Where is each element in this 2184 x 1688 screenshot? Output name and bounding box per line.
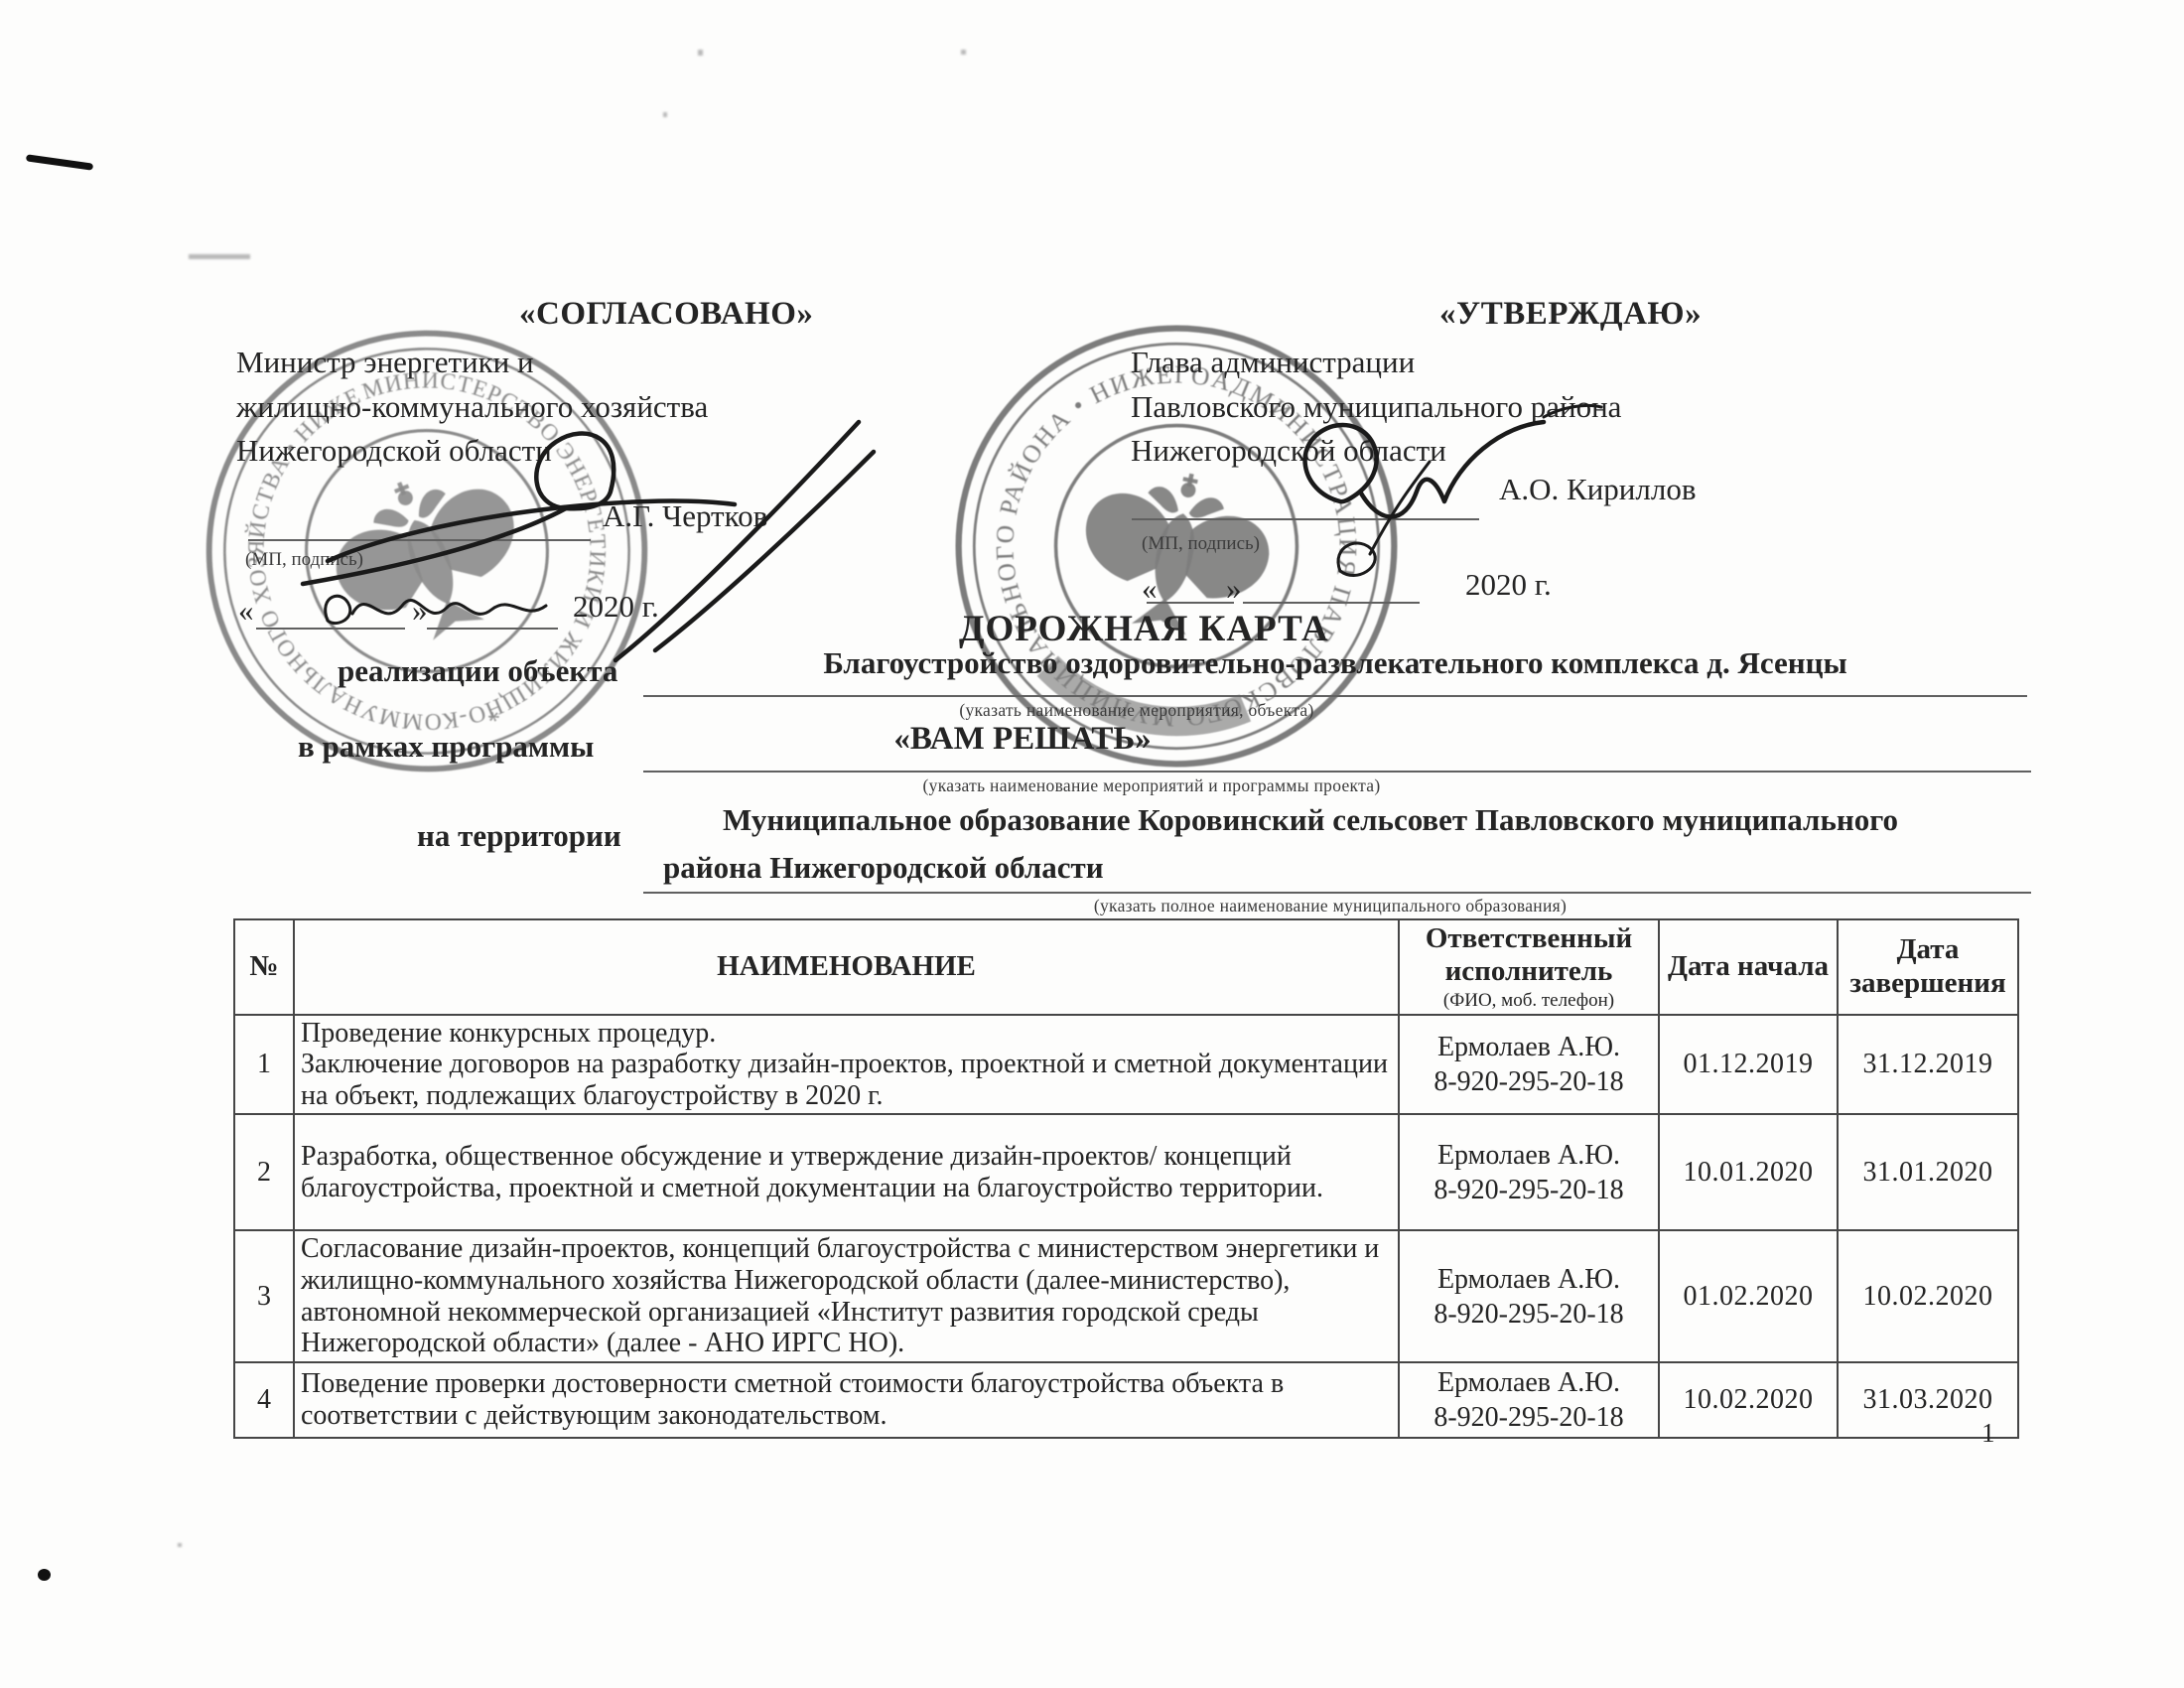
row-end-date: 10.02.2020 xyxy=(1838,1230,2018,1362)
row-task-name: Проведение конкурсных процедур. Заключен… xyxy=(294,1015,1399,1115)
responsible-name: Ермолаев А.Ю. xyxy=(1406,1030,1652,1064)
responsible-phone: 8-920-295-20-18 xyxy=(1406,1297,1652,1332)
row-number: 2 xyxy=(234,1114,294,1230)
row-responsible: Ермолаев А.Ю. 8-920-295-20-18 xyxy=(1399,1362,1659,1438)
column-header-start-date: Дата начала xyxy=(1659,919,1838,1015)
field-value-object: Благоустройство оздоровительно-развлекат… xyxy=(645,645,2025,681)
date-quote-open: « xyxy=(1142,566,1158,611)
dot-artifact xyxy=(663,112,667,117)
page-title: ДОРОЖНАЯ КАРТА xyxy=(959,608,1329,650)
column-header-responsible-sub: (ФИО, моб. телефон) xyxy=(1406,991,1652,1012)
approval-left-org-line: Министр энергетики и xyxy=(236,340,534,384)
smudge-artifact xyxy=(189,254,250,259)
column-header-name: НАИМЕНОВАНИЕ xyxy=(294,919,1399,1015)
date-quote-close: » xyxy=(1226,566,1242,611)
row-start-date: 01.12.2019 xyxy=(1659,1015,1838,1115)
approval-right-org-line: Глава администрации xyxy=(1131,340,1415,384)
row-start-date: 01.02.2020 xyxy=(1659,1230,1838,1362)
approval-right-header: «УТВЕРЖДАЮ» xyxy=(1439,296,1702,333)
row-start-date: 10.01.2020 xyxy=(1659,1114,1838,1230)
table-header-row: № НАИМЕНОВАНИЕ Ответственный исполнитель… xyxy=(234,919,2018,1015)
row-responsible: Ермолаев А.Ю. 8-920-295-20-18 xyxy=(1399,1114,1659,1230)
responsible-name: Ермолаев А.Ю. xyxy=(1406,1262,1652,1297)
column-header-number: № xyxy=(234,919,294,1015)
responsible-name: Ермолаев А.Ю. xyxy=(1406,1365,1652,1400)
row-start-date: 10.02.2020 xyxy=(1659,1362,1838,1438)
row-responsible: Ермолаев А.Ю. 8-920-295-20-18 xyxy=(1399,1230,1659,1362)
field-underline xyxy=(643,892,2031,894)
column-header-responsible: Ответственный исполнитель (ФИО, моб. тел… xyxy=(1399,919,1659,1015)
signature-right xyxy=(1246,387,1623,616)
field-underline xyxy=(643,695,2027,697)
field-underline xyxy=(643,771,2031,773)
field-label-territory: на территории xyxy=(417,818,621,854)
signature-left xyxy=(258,397,933,685)
mp-signature-caption: (МП, подпись) xyxy=(1142,533,1260,555)
row-end-date: 31.01.2020 xyxy=(1838,1114,2018,1230)
row-responsible: Ермолаев А.Ю. 8-920-295-20-18 xyxy=(1399,1015,1659,1115)
row-task-name: Разработка, общественное обсуждение и ут… xyxy=(294,1114,1399,1230)
ink-dot-artifact xyxy=(38,1569,51,1581)
row-task-name: Поведение проверки достоверности сметной… xyxy=(294,1362,1399,1438)
responsible-phone: 8-920-295-20-18 xyxy=(1406,1400,1652,1435)
field-caption-territory: (указать полное наименование муниципальн… xyxy=(933,896,1727,916)
table-row: 3 Согласование дизайн-проектов, концепци… xyxy=(234,1230,2018,1362)
approval-left-header: «СОГЛАСОВАНО» xyxy=(519,296,813,333)
responsible-phone: 8-920-295-20-18 xyxy=(1406,1064,1652,1099)
dot-artifact xyxy=(698,50,703,56)
field-value-territory-line1: Муниципальное образование Коровинский се… xyxy=(723,802,1898,838)
row-number: 4 xyxy=(234,1362,294,1438)
field-value-territory-line2: района Нижегородской области xyxy=(663,850,1104,886)
table-row: 2 Разработка, общественное обсуждение и … xyxy=(234,1114,2018,1230)
pen-dash-artifact xyxy=(26,154,93,170)
column-header-responsible-title: Ответственный исполнитель xyxy=(1426,922,1632,987)
date-quote-open: « xyxy=(238,588,254,633)
dot-artifact xyxy=(178,1543,182,1547)
row-end-date: 31.12.2019 xyxy=(1838,1015,2018,1115)
row-number: 3 xyxy=(234,1230,294,1362)
column-header-end-date: Дата завершения xyxy=(1838,919,2018,1015)
page-number: 1 xyxy=(1981,1418,1995,1449)
date-day-line xyxy=(1147,602,1234,604)
field-caption-program: (указать наименование мероприятий и прог… xyxy=(754,775,1549,796)
dot-artifact xyxy=(961,50,966,55)
table-row: 4 Поведение проверки достоверности сметн… xyxy=(234,1362,2018,1438)
table-row: 1 Проведение конкурсных процедур. Заключ… xyxy=(234,1015,2018,1115)
responsible-name: Ермолаев А.Ю. xyxy=(1406,1138,1652,1173)
responsible-phone: 8-920-295-20-18 xyxy=(1406,1173,1652,1207)
row-task-name: Согласование дизайн-проектов, концепций … xyxy=(294,1230,1399,1362)
roadmap-table: № НАИМЕНОВАНИЕ Ответственный исполнитель… xyxy=(233,918,2019,1439)
field-caption-object: (указать наименование мероприятия, объек… xyxy=(640,700,1633,721)
field-value-program: «ВАМ РЕШАТЬ» xyxy=(645,721,1400,758)
field-label-program: в рамках программы xyxy=(298,729,594,765)
field-label-object: реализации объекта xyxy=(338,653,617,689)
row-number: 1 xyxy=(234,1015,294,1115)
scanned-document-page: МИНИСТЕРСТВО ЭНЕРГЕТИКИ И ЖИЛИЩНО-КОММУН… xyxy=(0,0,2184,1688)
